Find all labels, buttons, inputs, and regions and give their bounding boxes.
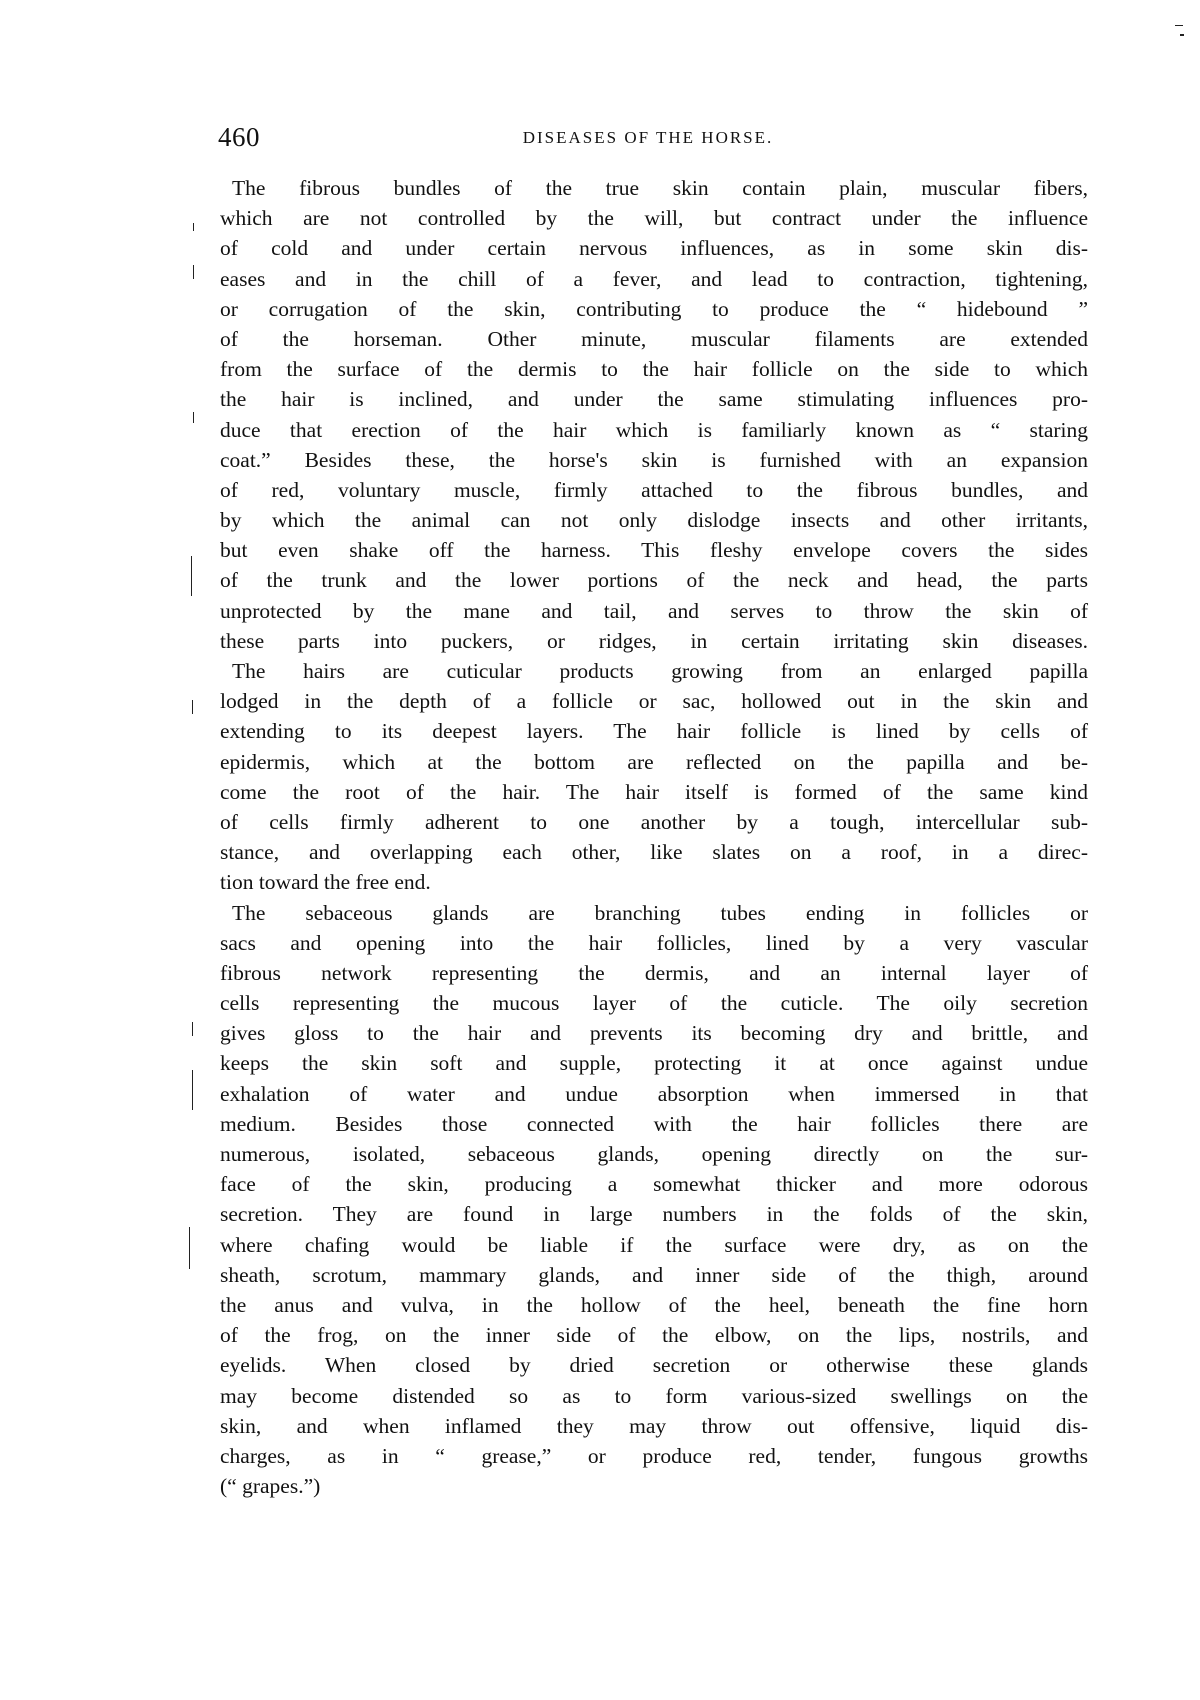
text-line: eases and in the chill of a fever, and l…: [220, 264, 1088, 294]
text-line: skin, and when inflamed they may throw o…: [220, 1411, 1088, 1441]
text-line: of the frog, on the inner side of the el…: [220, 1320, 1088, 1350]
text-line: of red, voluntary muscle, firmly attache…: [220, 475, 1088, 505]
text-line: eyelids. When closed by dried secretion …: [220, 1350, 1088, 1380]
text-line: from the surface of the dermis to the ha…: [220, 354, 1088, 384]
text-line: medium. Besides those connected with the…: [220, 1109, 1088, 1139]
text-line: gives gloss to the hair and prevents its…: [220, 1018, 1088, 1048]
text-line: sheath, scrotum, mammary glands, and inn…: [220, 1260, 1088, 1290]
running-title: DISEASES OF THE HORSE.: [218, 128, 1078, 148]
text-line: the hair is inclined, and under the same…: [220, 384, 1088, 414]
margin-mark: [192, 1070, 193, 1110]
book-page: 460 DISEASES OF THE HORSE. The fibrous b…: [0, 0, 1200, 1700]
text-line: which are not controlled by the will, bu…: [220, 203, 1088, 233]
margin-mark: [192, 1022, 193, 1036]
margin-mark: [191, 556, 192, 596]
text-line: lodged in the depth of a follicle or sac…: [220, 686, 1088, 716]
text-line: The hairs are cuticular products growing…: [220, 656, 1088, 686]
text-line: tion toward the free end.: [220, 867, 1088, 897]
text-line: the anus and vulva, in the hollow of the…: [220, 1290, 1088, 1320]
text-line: The fibrous bundles of the true skin con…: [220, 173, 1088, 203]
text-line: may become distended so as to form vario…: [220, 1381, 1088, 1411]
text-line: stance, and overlapping each other, like…: [220, 837, 1088, 867]
margin-mark: [193, 265, 194, 279]
body-text: The fibrous bundles of the true skin con…: [220, 173, 1088, 1501]
text-line: exhalation of water and undue absorption…: [220, 1079, 1088, 1109]
text-line: duce that erection of the hair which is …: [220, 415, 1088, 445]
text-line: come the root of the hair. The hair itse…: [220, 777, 1088, 807]
text-line: charges, as in “ grease,” or produce red…: [220, 1441, 1088, 1471]
margin-mark: [192, 700, 193, 714]
text-line: (“ grapes.”): [220, 1471, 1088, 1501]
text-line: numerous, isolated, sebaceous glands, op…: [220, 1139, 1088, 1169]
running-head: 460 DISEASES OF THE HORSE.: [218, 122, 1078, 152]
paragraph-skin-muscles: The fibrous bundles of the true skin con…: [220, 173, 1088, 656]
text-line: or corrugation of the skin, contributing…: [220, 294, 1088, 324]
margin-mark: [189, 1227, 190, 1269]
margin-mark: [193, 223, 194, 231]
text-line: these parts into puckers, or ridges, in …: [220, 626, 1088, 656]
paragraph-sebaceous-glands: The sebaceous glands are branching tubes…: [220, 898, 1088, 1502]
text-line: of the horseman. Other minute, muscular …: [220, 324, 1088, 354]
paragraph-hairs: The hairs are cuticular products growing…: [220, 656, 1088, 898]
text-line: fibrous network representing the dermis,…: [220, 958, 1088, 988]
text-line: extending to its deepest layers. The hai…: [220, 716, 1088, 746]
text-line: by which the animal can not only dislodg…: [220, 505, 1088, 535]
text-line: where chafing would be liable if the sur…: [220, 1230, 1088, 1260]
margin-mark: [193, 412, 194, 423]
corner-mark: [1180, 34, 1184, 36]
text-line: but even shake off the harness. This fle…: [220, 535, 1088, 565]
text-line: keeps the skin soft and supple, protecti…: [220, 1048, 1088, 1078]
text-line: The sebaceous glands are branching tubes…: [220, 898, 1088, 928]
text-line: coat.” Besides these, the horse's skin i…: [220, 445, 1088, 475]
text-line: epidermis, which at the bottom are refle…: [220, 747, 1088, 777]
text-line: of cold and under certain nervous influe…: [220, 233, 1088, 263]
corner-mark: [1175, 25, 1183, 26]
text-line: of the trunk and the lower portions of t…: [220, 565, 1088, 595]
text-line: of cells firmly adherent to one another …: [220, 807, 1088, 837]
text-line: face of the skin, producing a somewhat t…: [220, 1169, 1088, 1199]
text-line: secretion. They are found in large numbe…: [220, 1199, 1088, 1229]
text-line: unprotected by the mane and tail, and se…: [220, 596, 1088, 626]
text-line: cells representing the mucous layer of t…: [220, 988, 1088, 1018]
text-line: sacs and opening into the hair follicles…: [220, 928, 1088, 958]
